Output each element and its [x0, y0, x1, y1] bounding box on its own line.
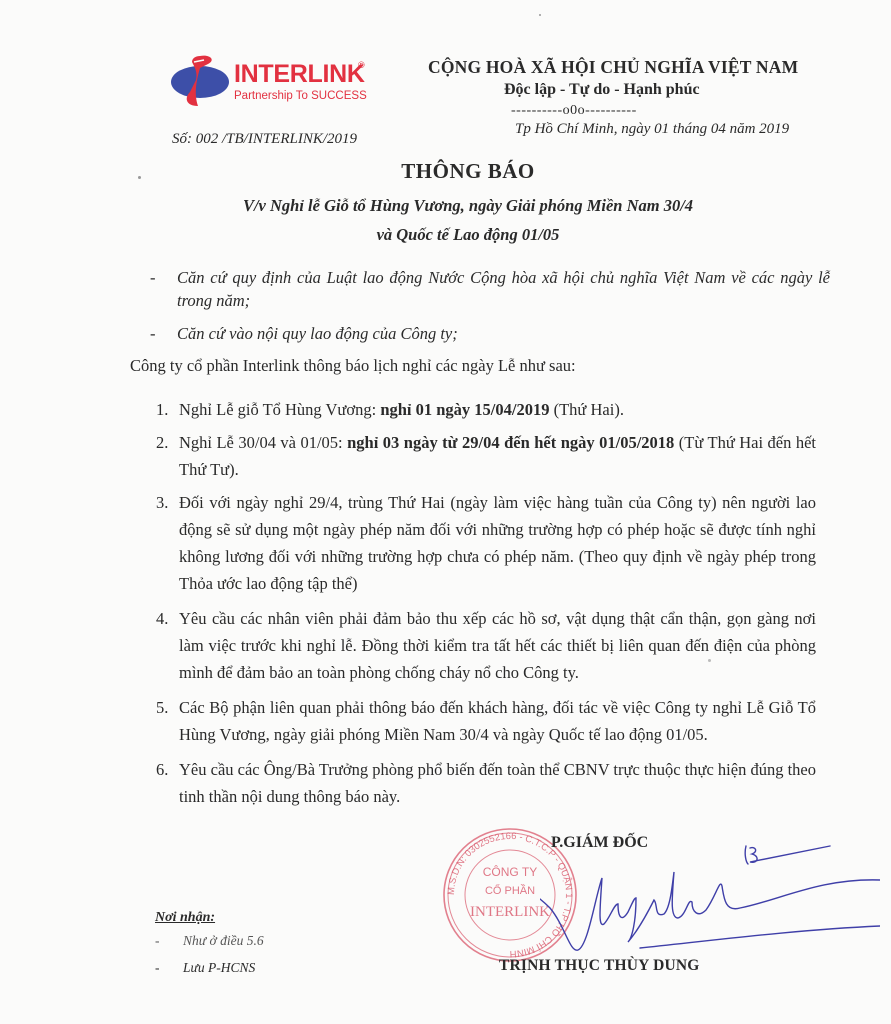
national-motto: Độc lập - Tự do - Hạnh phúc [504, 81, 700, 99]
subject-line-1: V/v Nghỉ lễ Giỗ tổ Hùng Vương, ngày Giải… [0, 196, 891, 216]
bullet-dash: - [155, 933, 183, 949]
bullet-dash: - [150, 322, 156, 345]
svg-text:INTERLINK: INTERLINK [470, 904, 550, 920]
recipients-title: Nơi nhận: [155, 910, 215, 926]
scan-speck [708, 659, 711, 662]
item-number: 4. [156, 605, 168, 632]
recipient-text: Lưu P-HCNS [183, 960, 255, 975]
recipient-item: -Như ở điều 5.6 [155, 933, 264, 949]
item-text: Đối với ngày nghỉ 29/4, trùng Thứ Hai (n… [179, 489, 816, 597]
document-title: THÔNG BÁO [0, 159, 891, 184]
intro-paragraph: Công ty cổ phần Interlink thông báo lịch… [130, 356, 576, 376]
item-text: Nghỉ Lễ giỗ Tổ Hùng Vương: nghỉ 01 ngày … [179, 396, 816, 423]
item-number: 2. [156, 429, 168, 456]
place-date: Tp Hồ Chí Minh, ngày 01 tháng 04 năm 201… [515, 121, 789, 138]
signer-name: TRỊNH THỤC THÙY DUNG [499, 957, 700, 975]
scan-speck [539, 14, 541, 16]
handwritten-signature-icon [540, 838, 880, 958]
basis-text: Căn cứ vào nội quy lao động của Công ty; [177, 322, 830, 345]
recipient-text: Như ở điều 5.6 [183, 933, 264, 948]
national-title: CỘNG HOÀ XÃ HỘI CHỦ NGHĨA VIỆT NAM [428, 57, 798, 78]
item-text: Yêu cầu các Ông/Bà Trưởng phòng phổ biến… [179, 756, 816, 810]
list-item: 5. Các Bộ phận liên quan phải thông báo … [156, 694, 816, 748]
bullet-dash: - [155, 960, 183, 976]
item-number: 1. [156, 396, 168, 423]
svg-text:CỔ PHẦN: CỔ PHẦN [485, 884, 535, 897]
item-text: Các Bộ phận liên quan phải thông báo đến… [179, 694, 816, 748]
registered-mark: ® [358, 60, 365, 70]
list-item: 3. Đối với ngày nghỉ 29/4, trùng Thứ Hai… [156, 489, 816, 597]
list-item: 1. Nghỉ Lễ giỗ Tổ Hùng Vương: nghỉ 01 ng… [156, 396, 816, 423]
company-logo: INTERLINK ® Partnership To SUCCESS [170, 52, 370, 108]
list-item: 6. Yêu cầu các Ông/Bà Trưởng phòng phổ b… [156, 756, 816, 810]
interlink-logo-icon [170, 52, 234, 108]
subject-line-2: và Quốc tế Lao động 01/05 [0, 225, 891, 245]
scan-speck [138, 176, 141, 179]
svg-text:CÔNG TY: CÔNG TY [483, 864, 537, 879]
item-text: Yêu cầu các nhân viên phải đảm bảo thu x… [179, 605, 816, 686]
header-separator: ----------o0o---------- [511, 103, 637, 119]
item-number: 5. [156, 694, 168, 721]
basis-text: Căn cứ quy định của Luật lao động Nước C… [177, 266, 830, 312]
bullet-dash: - [150, 266, 156, 289]
logo-name: INTERLINK [234, 60, 365, 89]
list-item: 2. Nghỉ Lễ 30/04 và 01/05: nghỉ 03 ngày … [156, 429, 816, 483]
recipient-item: -Lưu P-HCNS [155, 960, 255, 976]
item-number: 3. [156, 489, 168, 516]
document-number: Số: 002 /TB/INTERLINK/2019 [172, 131, 357, 148]
logo-tagline: Partnership To SUCCESS [234, 90, 367, 102]
item-number: 6. [156, 756, 168, 783]
item-text: Nghỉ Lễ 30/04 và 01/05: nghỉ 03 ngày từ … [179, 429, 816, 483]
basis-item: - Căn cứ vào nội quy lao động của Công t… [150, 322, 830, 345]
basis-item: - Căn cứ quy định của Luật lao động Nước… [150, 266, 830, 312]
list-item: 4. Yêu cầu các nhân viên phải đảm bảo th… [156, 605, 816, 686]
